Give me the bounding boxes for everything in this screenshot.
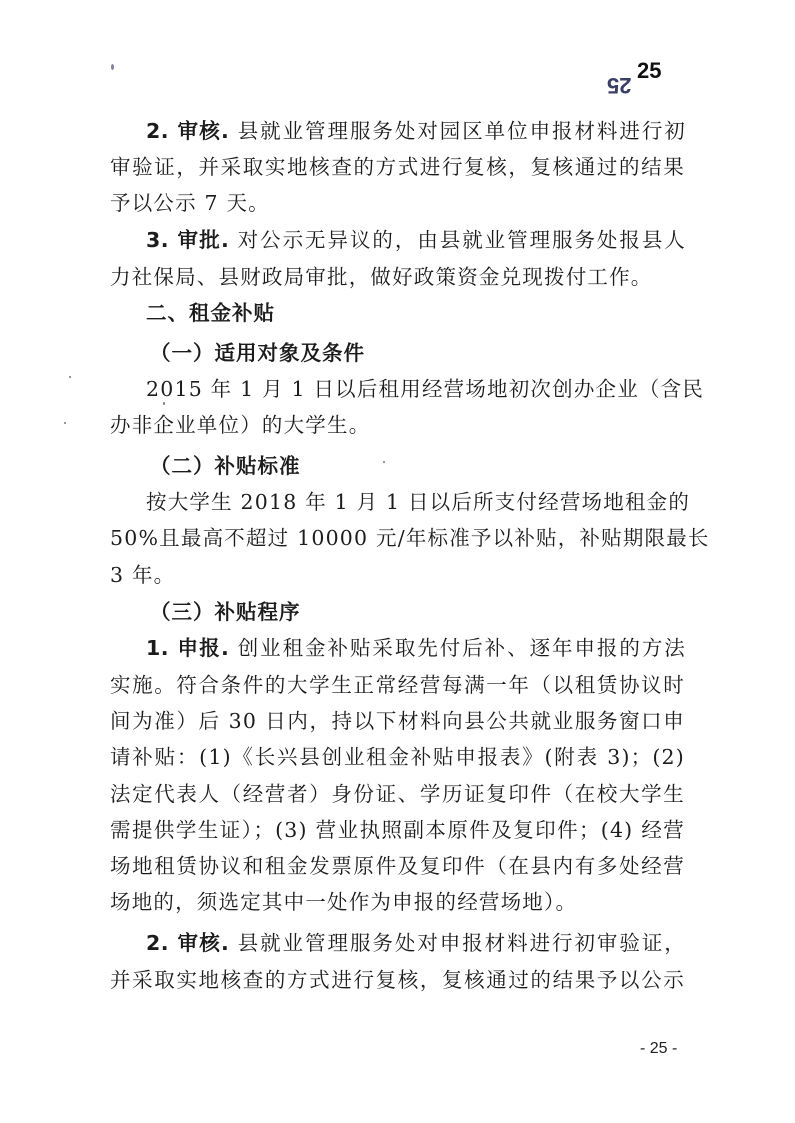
paragraph-line: 2. 审核. 县就业管理服务处对园区单位申报材料进行初: [146, 119, 686, 143]
paragraph-line: 并采取实地核查的方式进行复核，复核通过的结果予以公示: [110, 968, 685, 992]
item-lead: 3. 审批.: [146, 228, 229, 252]
scan-speck: [163, 402, 165, 405]
paragraph-line: 场地的，须选定其中一处作为申报的经营场地）。: [110, 890, 685, 914]
paragraph-line: 需提供学生证）；(3) 营业执照副本原件及复印件；(4) 经营: [110, 818, 685, 842]
subsection-heading: （三）补贴程序: [150, 600, 690, 624]
paragraph-line: 请补贴：(1)《长兴县创业租金补贴申报表》(附表 3)；(2): [110, 745, 685, 769]
scan-speck: [111, 64, 114, 70]
paragraph-line: 2. 审核. 县就业管理服务处对申报材料进行初审验证，: [146, 931, 686, 955]
paragraph-line: 3. 审批. 对公示无异议的，由县就业管理服务处报县人: [146, 228, 686, 252]
paragraph-line: 审验证，并采取实地核查的方式进行复核，复核通过的结果: [110, 155, 685, 179]
item-lead: 2. 审核.: [146, 931, 229, 955]
scan-speck: [69, 376, 71, 378]
paragraph-line: 间为准）后 30 日内，持以下材料向县公共就业服务窗口申: [110, 709, 685, 733]
scan-speck: [64, 422, 66, 424]
paragraph-line: 2015 年 1 月 1 日以后租用经营场地初次创办企业（含民: [146, 377, 686, 401]
paragraph-line: 予以公示 7 天。: [110, 191, 685, 215]
document-page: 25 25 2. 审核. 县就业管理服务处对园区单位申报材料进行初 审验证，并采…: [0, 0, 795, 1123]
paragraph-line: 办非企业单位）的大学生。: [110, 413, 685, 437]
page-stamp-mirrored: 25: [607, 72, 631, 98]
paragraph-line: 实施。符合条件的大学生正常经营每满一年（以租赁协议时: [110, 673, 685, 697]
paragraph-line: 3 年。: [110, 563, 685, 587]
section-heading: 二、租金补贴: [146, 301, 686, 325]
subsection-heading: （一）适用对象及条件: [150, 341, 690, 365]
paragraph-line: 1. 申报. 创业租金补贴采取先付后补、逐年申报的方法: [146, 636, 686, 660]
item-lead: 1. 申报.: [146, 636, 229, 660]
paragraph-line: 场地租赁协议和租金发票原件及复印件（在县内有多处经营: [110, 854, 685, 878]
paragraph-line: 50%且最高不超过 10000 元/年标准予以补贴，补贴期限最长: [110, 526, 685, 550]
paragraph-line: 法定代表人（经营者）身份证、学历证复印件（在校大学生: [110, 782, 685, 806]
subsection-heading: （二）补贴标准: [150, 454, 690, 478]
page-stamp-number: 25: [637, 58, 661, 84]
paragraph-line: 按大学生 2018 年 1 月 1 日以后所支付经营场地租金的: [146, 490, 686, 514]
item-lead: 2. 审核.: [146, 119, 229, 143]
paragraph-line: 力社保局、县财政局审批，做好政策资金兑现拨付工作。: [110, 265, 685, 289]
page-number: - 25 -: [640, 1040, 677, 1058]
